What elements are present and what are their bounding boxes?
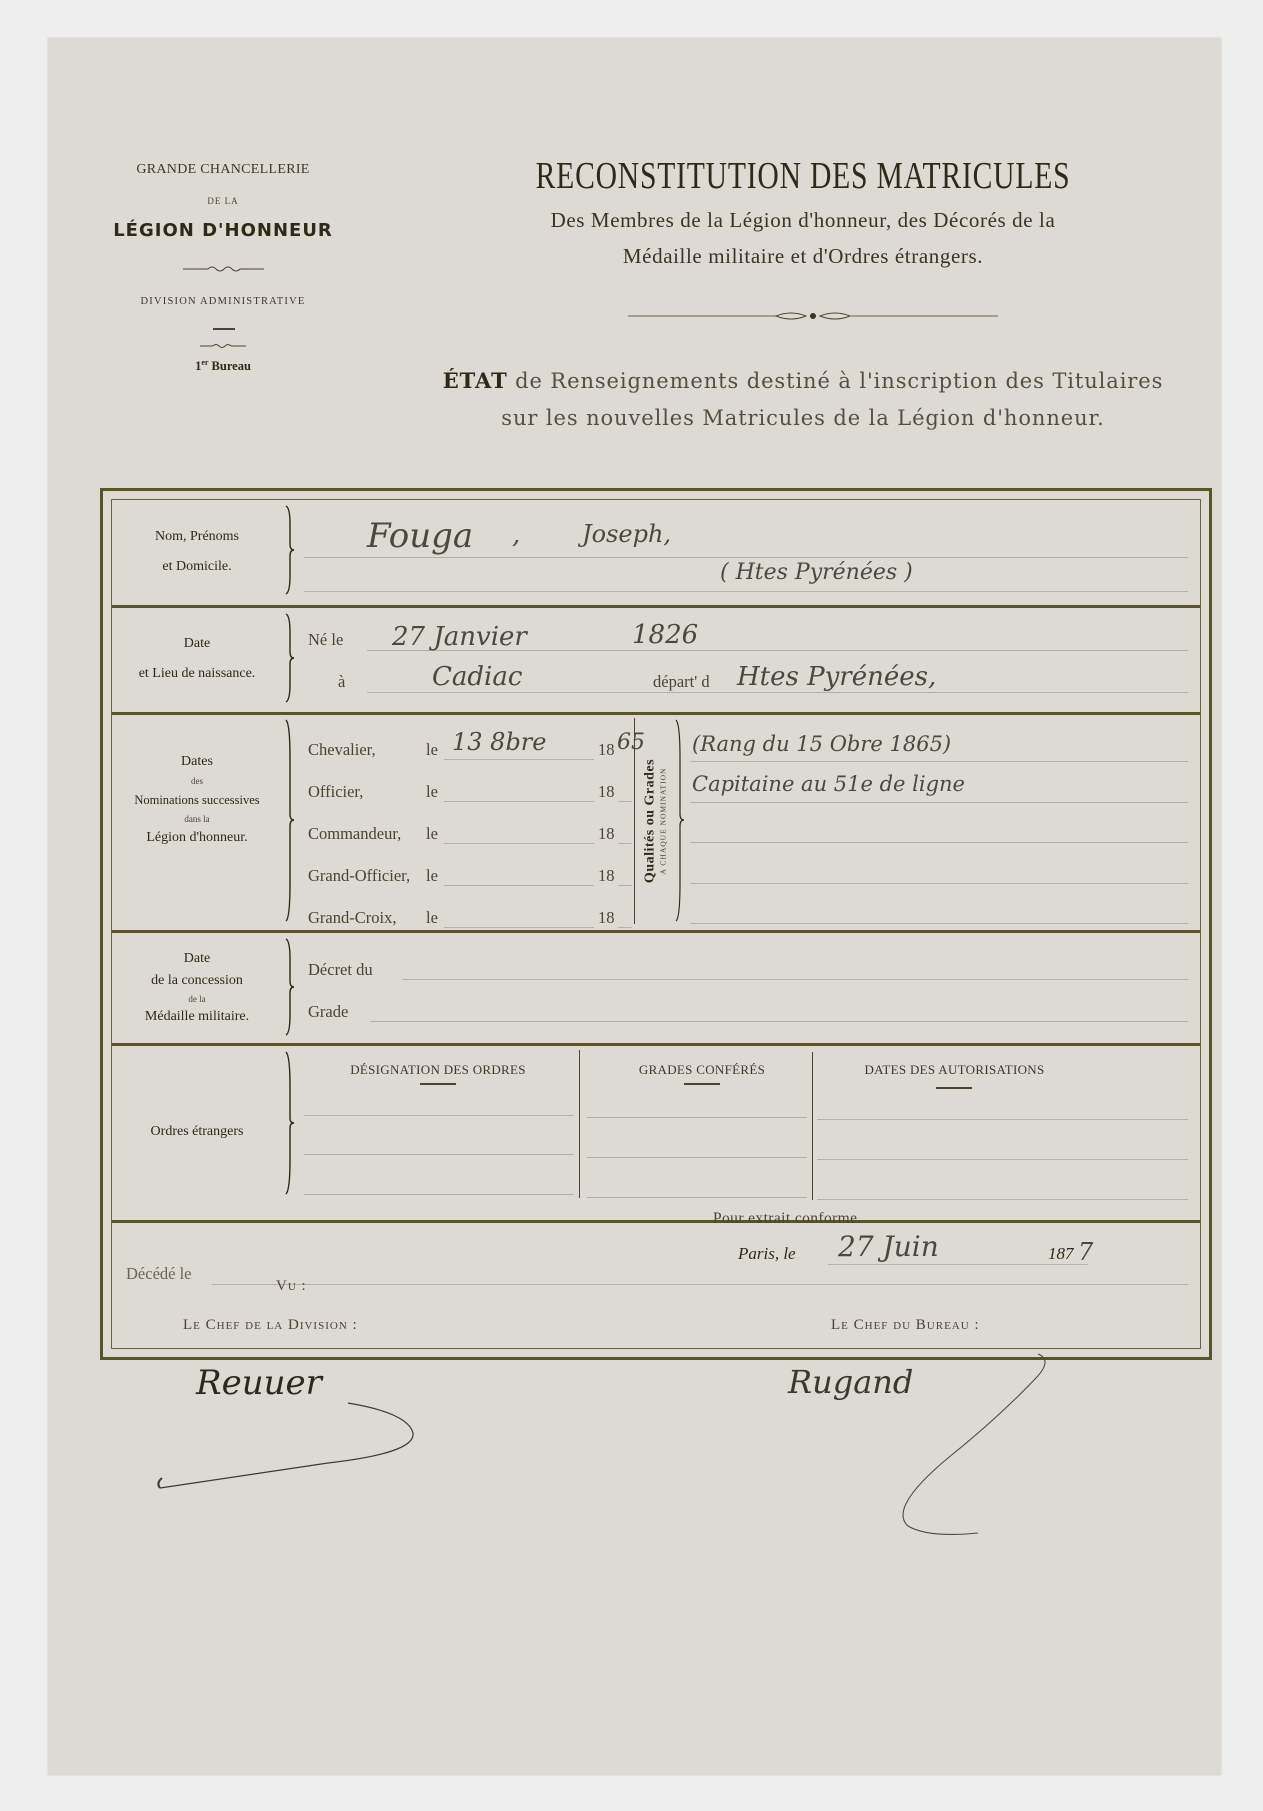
grand-officier-year-line[interactable]: [618, 885, 632, 886]
grand-croix-year-line[interactable]: [618, 927, 632, 928]
le-label: le: [426, 824, 438, 844]
form-table: Nom, Prénoms et Domicile. Fouga , Joseph…: [100, 488, 1212, 1360]
brace-icon: [670, 718, 688, 923]
qualites-line-2[interactable]: [690, 802, 1188, 803]
ordres-line[interactable]: [304, 1115, 574, 1116]
vu-label: Vu :: [276, 1278, 307, 1295]
year-prefix: 187: [1048, 1244, 1074, 1264]
grade-label-officier: Officier,: [308, 782, 363, 802]
row-separator: [112, 930, 1200, 933]
decede-label: Décédé le: [126, 1264, 192, 1284]
name-line-2[interactable]: [304, 591, 1188, 592]
le-label: le: [426, 740, 438, 760]
brace-icon: [280, 718, 298, 923]
division-administrative-text: DIVISION ADMINISTRATIVE: [98, 296, 348, 307]
form-table-inner: Nom, Prénoms et Domicile. Fouga , Joseph…: [111, 499, 1201, 1349]
col-dash: [936, 1087, 972, 1089]
officier-year-line[interactable]: [618, 801, 632, 802]
grade-label: Grade: [308, 1002, 348, 1022]
le-label: le: [426, 866, 438, 886]
col-divider-1: [579, 1050, 580, 1198]
etat-description-line-1: ÉTAT de Renseignements destiné à l'inscr…: [388, 368, 1218, 393]
le-label: le: [426, 908, 438, 928]
handwritten-qualites-rang: (Rang du 15 Obre 1865): [692, 732, 951, 756]
ordres-etrangers-label: Ordres étrangers: [112, 1120, 282, 1144]
year-prefix: 18: [598, 908, 615, 928]
handwritten-comma: ,: [512, 520, 520, 550]
commandeur-year-line[interactable]: [618, 843, 632, 844]
grades-line[interactable]: [587, 1117, 807, 1118]
handwritten-chevalier-date: 13 8bre: [452, 728, 546, 756]
grades-line[interactable]: [587, 1197, 807, 1198]
ordres-line[interactable]: [304, 1194, 574, 1195]
dates-line[interactable]: [817, 1119, 1188, 1120]
row-separator: [112, 605, 1200, 608]
row-separator: [112, 1043, 1200, 1046]
handwritten-born-year: 1826: [632, 620, 698, 650]
page-title: RECONSTITUTION DES MATRICULES: [479, 154, 1126, 198]
grade-label-chevalier: Chevalier,: [308, 740, 376, 760]
col-dates-autorisations: DATES DES AUTORISATIONS: [812, 1062, 1097, 1078]
year-prefix: 18: [598, 740, 615, 760]
qualites-line-5[interactable]: [690, 923, 1188, 924]
dates-line[interactable]: [817, 1159, 1188, 1160]
signature-flourish-left-icon: [148, 1383, 468, 1493]
grade-input-line[interactable]: [370, 1021, 1188, 1022]
handwritten-surname: Fouga: [367, 516, 473, 556]
subtitle-line-2: Médaille militaire et d'Ordres étrangers…: [388, 244, 1218, 269]
brace-icon: [280, 1050, 298, 1196]
de-la-text: DE LA: [98, 196, 348, 206]
etat-description-line-2: sur les nouvelles Matricules de la Légio…: [388, 406, 1218, 430]
grand-croix-date-line[interactable]: [444, 927, 594, 928]
birth-place-line[interactable]: [367, 692, 1188, 693]
pour-extrait-conforme: Pour extrait conforme.: [713, 1210, 862, 1228]
handwritten-birth-place: Cadiac: [432, 662, 522, 692]
handwritten-signed-date: 27 Juin: [838, 1230, 939, 1263]
place-label: à: [338, 672, 345, 692]
decede-input-line[interactable]: [212, 1284, 1188, 1285]
brace-icon: [280, 504, 298, 596]
year-prefix: 18: [598, 866, 615, 886]
short-divider: [213, 328, 235, 330]
birth-label: Date et Lieu de naissance.: [112, 632, 282, 686]
qualites-line-3[interactable]: [690, 842, 1188, 843]
bureau-label: 1er Bureau: [98, 358, 348, 374]
qualites-line-1[interactable]: [690, 761, 1188, 762]
grade-label-grand-croix: Grand-Croix,: [308, 908, 396, 928]
grande-chancellerie-heading: GRANDE CHANCELLERIE: [98, 162, 348, 178]
date-signed-line: [828, 1264, 1088, 1265]
col-grades-conferes: GRADES CONFÉRÉS: [582, 1062, 822, 1078]
row-separator: [112, 1220, 1200, 1223]
handwritten-department: Htes Pyrénées,: [737, 662, 936, 692]
row-separator: [112, 712, 1200, 715]
dates-line[interactable]: [817, 1199, 1188, 1200]
ornament-divider-center-icon: [628, 308, 998, 324]
born-label: Né le: [308, 630, 343, 650]
decret-label: Décret du: [308, 960, 373, 980]
name-label: Nom, Prénoms et Domicile.: [112, 525, 282, 579]
grades-line[interactable]: [587, 1157, 807, 1158]
signature-flourish-right-icon: [848, 1348, 1068, 1538]
name-line-1[interactable]: [304, 557, 1188, 558]
document-page: GRANDE CHANCELLERIE DE LA LÉGION D'HONNE…: [48, 38, 1221, 1775]
grade-label-grand-officier: Grand-Officier,: [308, 866, 410, 886]
brace-icon: [280, 937, 298, 1037]
grand-officier-date-line[interactable]: [444, 885, 594, 886]
chevalier-date-line[interactable]: [444, 759, 594, 760]
ornament-divider-icon: [98, 264, 348, 274]
col-divider-2: [812, 1052, 813, 1200]
year-prefix: 18: [598, 824, 615, 844]
dept-label: départ' d: [649, 672, 714, 692]
handwritten-signed-year: 7: [1078, 1238, 1093, 1266]
ordres-line[interactable]: [304, 1154, 574, 1155]
le-label: le: [426, 782, 438, 802]
brace-icon: [280, 612, 298, 704]
decret-input-line[interactable]: [402, 979, 1188, 980]
commandeur-date-line[interactable]: [444, 843, 594, 844]
handwritten-domicile: ( Htes Pyrénées ): [720, 560, 913, 585]
handwritten-born-date: 27 Janvier: [392, 622, 527, 652]
col-dash: [420, 1083, 456, 1085]
officier-date-line[interactable]: [444, 801, 594, 802]
chef-division-label: Le Chef de la Division :: [183, 1317, 358, 1334]
nominations-label: Dates des Nominations successives dans l…: [112, 750, 282, 850]
subtitle-line-1: Des Membres de la Légion d'honneur, des …: [388, 208, 1218, 233]
year-prefix: 18: [598, 782, 615, 802]
ornament-divider-small-icon: [98, 341, 348, 351]
qualites-vertical-label: Qualités ou Grades A CHAQUE NOMINATION: [638, 718, 672, 924]
grade-label-commandeur: Commandeur,: [308, 824, 401, 844]
chef-bureau-label: Le Chef du Bureau :: [831, 1317, 980, 1334]
col-dash: [684, 1083, 720, 1085]
qualites-line-4[interactable]: [690, 883, 1188, 884]
qualites-divider: [634, 718, 635, 924]
handwritten-qualites-grade: Capitaine au 51e de ligne: [692, 772, 965, 796]
col-designation-ordres: DÉSIGNATION DES ORDRES: [298, 1062, 578, 1078]
medaille-label: Date de la concession de la Médaille mil…: [112, 948, 282, 1028]
paris-le-label: Paris, le: [738, 1244, 796, 1264]
legion-honneur-heading: LÉGION D'HONNEUR: [98, 220, 348, 241]
handwritten-firstname: Joseph,: [582, 520, 671, 548]
